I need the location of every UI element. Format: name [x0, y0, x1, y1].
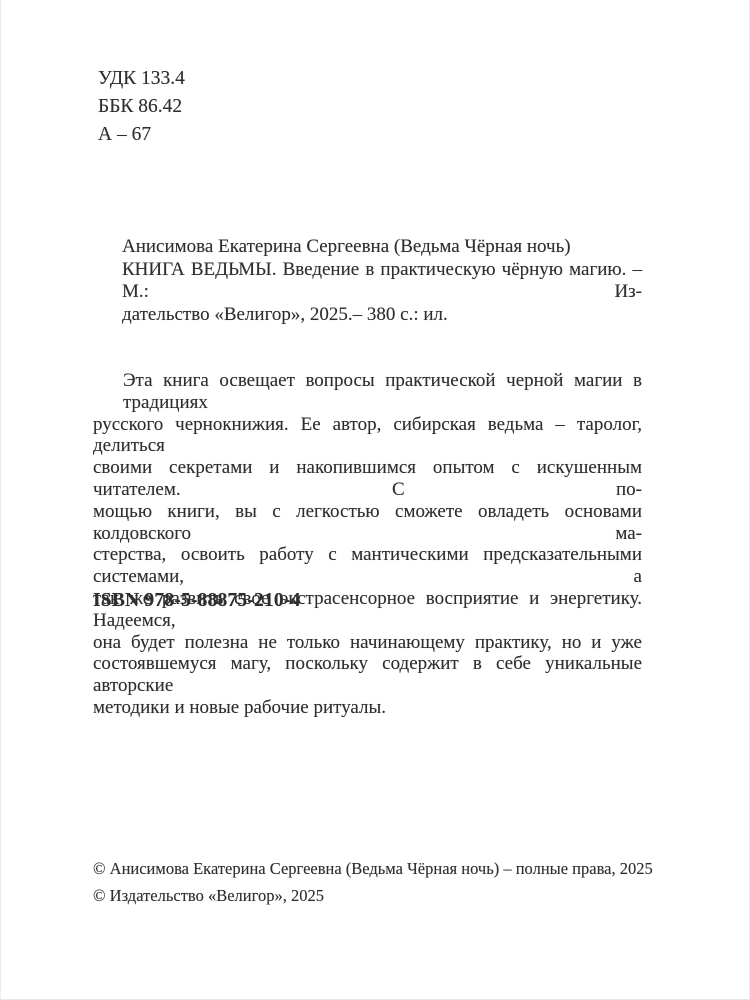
book-imprint-page: УДК 133.4 ББК 86.42 А – 67 Анисимова Ека… [0, 0, 750, 1000]
bibliographic-record: Анисимова Екатерина Сергеевна (Ведьма Чё… [122, 236, 642, 326]
annotation-line: мощью книги, вы с легкостью сможете овла… [93, 501, 642, 545]
catalog-codes-block: УДК 133.4 ББК 86.42 А – 67 [98, 65, 185, 149]
udc-code: УДК 133.4 [98, 65, 185, 93]
copyright-publisher-line: © Издательство «Велигор», 2025 [93, 883, 653, 910]
copyright-author-line: © Анисимова Екатерина Сергеевна (Ведьма … [93, 856, 653, 883]
book-title-line: КНИГА ВЕДЬМЫ. Введение в практическую чё… [122, 259, 642, 304]
annotation-line: состоявшемуся магу, поскольку содержит в… [93, 653, 642, 697]
annotation-line: она будет полезна не только начинающему … [93, 632, 642, 654]
isbn-number: ISBN 978-5-88875-210-4 [93, 590, 301, 612]
copyright-block: © Анисимова Екатерина Сергеевна (Ведьма … [93, 856, 653, 909]
annotation-line: стерства, освоить работу с мантическими … [93, 544, 642, 588]
annotation-line: Эта книга освещает вопросы практической … [93, 370, 642, 414]
bbk-code: ББК 86.42 [98, 93, 185, 121]
annotation-line: своими секретами и накопившимся опытом с… [93, 457, 642, 501]
annotation-line: методики и новые рабочие ритуалы. [93, 697, 642, 719]
annotation-line: русского чернокнижия. Ее автор, сибирска… [93, 414, 642, 458]
author-name-line: Анисимова Екатерина Сергеевна (Ведьма Чё… [122, 236, 642, 259]
publisher-line: дательство «Велигор», 2025.– 380 с.: ил. [122, 304, 642, 327]
author-sign-code: А – 67 [98, 121, 185, 149]
annotation-paragraph: Эта книга освещает вопросы практической … [93, 370, 642, 719]
